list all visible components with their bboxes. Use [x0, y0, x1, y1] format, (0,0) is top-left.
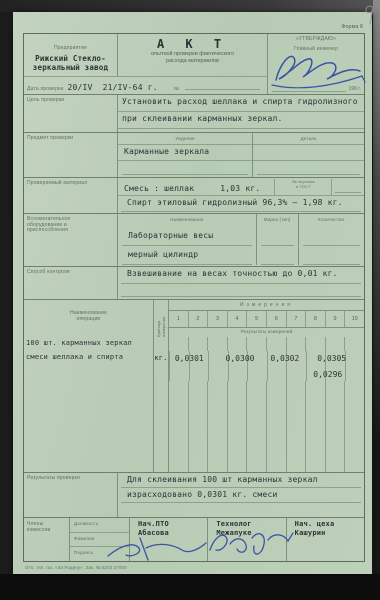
- subject-row: Предмет проверки Изделие Карманные зерка…: [24, 132, 364, 177]
- material-label: Проверяемый материал: [27, 181, 115, 187]
- commission-member-3: Нач. цеха Кашурин: [287, 518, 364, 561]
- approve-date-blank: [272, 86, 346, 92]
- enterprise-name-line2: зеркальный завод: [24, 63, 117, 72]
- document-paper: Форма 8 Предприятие Рижский Стекло- зерк…: [13, 12, 372, 574]
- control-label-cell: Способ контроля: [24, 267, 118, 299]
- date-value-2: 21/IV-64 г.: [103, 83, 158, 92]
- grid-cell: [207, 446, 227, 459]
- grid-cell: [305, 407, 325, 420]
- grid-cell: [266, 433, 286, 446]
- commission-label-line2: комиссии: [27, 528, 67, 534]
- grid-cell: [325, 381, 345, 394]
- grid-cell: [325, 459, 345, 472]
- approve-date-line: 196 г.: [272, 86, 361, 92]
- operation-blank: [24, 407, 154, 420]
- empty-measurement-row: [24, 459, 364, 472]
- results-content: Для склеивания 100 шт карманных зеркал и…: [118, 473, 364, 517]
- enterprise-cell: Предприятие Рижский Стекло- зеркальный з…: [24, 34, 118, 76]
- grid-cell: [305, 337, 325, 351]
- material-qty: 1,03 кг.: [194, 184, 260, 195]
- unit-header-label: Единица измерения: [156, 300, 166, 337]
- operation-blank: [24, 381, 154, 394]
- equipment-type-blank-2: [261, 246, 294, 265]
- equipment-qty-blank-2: [303, 246, 360, 265]
- grid-cell: [227, 394, 247, 407]
- row-label-signature: Подпись: [70, 547, 129, 561]
- grid-cell: [344, 337, 364, 351]
- operation-line2: смеси шеллака и спирта: [24, 351, 154, 367]
- grid-row: [169, 394, 364, 407]
- operation-blank: [24, 367, 154, 381]
- grid-cell: [246, 381, 266, 394]
- detal-blank-2: [257, 161, 360, 175]
- date-value-1: 20/IV: [67, 83, 92, 92]
- commission-member-2: Технолог Межапуке: [208, 518, 286, 561]
- equipment-data-row-2: мерный цилиндр: [118, 246, 364, 265]
- grid-cell: [344, 394, 364, 407]
- operation-header-line2: операции: [24, 316, 153, 322]
- form-number: Форма 8: [23, 24, 365, 33]
- operation-header-cell: Наименование операции: [24, 300, 154, 337]
- grid-row: [169, 381, 364, 394]
- grid-cell: [227, 446, 247, 459]
- grid-cell: [169, 381, 188, 394]
- grid-cell: [305, 459, 325, 472]
- grid-cell: [169, 433, 188, 446]
- value-5: 0,0296: [313, 370, 342, 379]
- operation-line1: 100 шт. карманных зеркал: [24, 337, 154, 351]
- measurement-data-row-3: 0,0296: [24, 367, 364, 381]
- grid-cell: [188, 459, 208, 472]
- grid-row: [169, 407, 364, 420]
- grid-cell: [344, 381, 364, 394]
- row-label-surname: Фамилия: [70, 533, 129, 548]
- scan-edge-right: [373, 0, 380, 600]
- date-label: Дата проверки: [27, 86, 63, 92]
- grid-cell: [344, 420, 364, 433]
- material-content: Смесь : шеллак 1,03 кг. № чертежа и ГОСТ…: [118, 178, 364, 213]
- value-4: 0,0305: [317, 354, 346, 363]
- measurements-title: Измерения: [169, 300, 364, 310]
- enterprise-name-line1: Рижский Стекло-: [24, 54, 117, 63]
- grid-cell: [286, 420, 306, 433]
- scan-edge-top: [0, 0, 380, 12]
- print-imprint-line: Отп. тип. газ. «За Родину». Зак. № 6203 …: [23, 562, 365, 570]
- empty-measurement-rows: [24, 381, 364, 472]
- member3-name: Кашурин: [295, 529, 364, 538]
- grid-cell: [305, 381, 325, 394]
- detal-blank-1: [253, 145, 364, 161]
- empty-measurement-row: [24, 394, 364, 407]
- grid-cell: [227, 420, 247, 433]
- grid-cell: [188, 394, 208, 407]
- equipment-data-row-1: Лабораторные весы: [118, 227, 364, 246]
- subject-content: Изделие Карманные зеркала Деталь: [118, 133, 364, 177]
- col-num-2: 2: [188, 311, 208, 327]
- material-row: Проверяемый материал Смесь : шеллак 1,03…: [24, 177, 364, 213]
- gost-label-box: № чертежа и ГОСТ: [274, 179, 332, 195]
- unit-blank: [154, 407, 169, 420]
- col-num-7: 7: [286, 311, 306, 327]
- col-num-1: 1: [169, 311, 188, 327]
- grid-cell: [266, 407, 286, 420]
- grid-cell: [325, 394, 345, 407]
- scan-edge-bottom: [0, 574, 380, 600]
- grid-row-1: [169, 337, 364, 351]
- equipment-label-line3: приспособления: [27, 228, 115, 234]
- grid-cell: [169, 420, 188, 433]
- member1-name: Абасова: [138, 529, 207, 538]
- grid-cell: [266, 446, 286, 459]
- purpose-line2: при склеивании карманных зеркал.: [118, 112, 364, 129]
- unit-blank: [154, 433, 169, 446]
- grid-row: [169, 459, 364, 472]
- unit-header-cell: Единица измерения: [154, 300, 169, 337]
- document-title: А К Т: [118, 37, 267, 51]
- grid-cell: [169, 407, 188, 420]
- grid-cell: [305, 420, 325, 433]
- unit-blank: [154, 446, 169, 459]
- grid-cell: [169, 337, 188, 351]
- commission-row: Члены комиссии Должность Фамилия Подпись…: [24, 517, 364, 561]
- grid-cell: [286, 459, 306, 472]
- grid-cell: [266, 394, 286, 407]
- results-line1: Для склеивания 100 шт карманных зеркал: [121, 473, 361, 488]
- grid-cell: [286, 433, 306, 446]
- measurement-values-row-2: 0,0296: [169, 367, 364, 381]
- grid-cell: [207, 407, 227, 420]
- material-name: Смесь : шеллак: [118, 184, 194, 195]
- grid-cell: [286, 394, 306, 407]
- equipment-item-1: Лабораторные весы: [122, 227, 252, 246]
- commission-member-1: Нач.ПТО Абасова: [130, 518, 208, 561]
- grid-cell: [227, 433, 247, 446]
- col-num-4: 4: [227, 311, 247, 327]
- control-label: Способ контроля: [27, 270, 115, 276]
- grid-row: [169, 420, 364, 433]
- grid-row: [169, 433, 364, 446]
- measurements-header-cell: Измерения 1 2 3 4 5 6 7 8 9 10 Результат…: [169, 300, 364, 337]
- purpose-label-cell: Цель проверки: [24, 95, 118, 132]
- operation-blank: [24, 433, 154, 446]
- member2-name: Межапуке: [216, 529, 285, 538]
- material-label-cell: Проверяемый материал: [24, 178, 118, 213]
- grid-cell: [188, 433, 208, 446]
- grid-cell: [325, 337, 345, 351]
- grid-cell: [207, 420, 227, 433]
- pencil-mark-9: [362, 2, 378, 28]
- purpose-row: Цель проверки Установить расход шеллака …: [24, 94, 364, 132]
- izdelie-header: Изделие: [118, 133, 252, 145]
- results-row: Результаты проверки Для склеивания 100 ш…: [24, 472, 364, 517]
- grid-cell: [188, 337, 208, 351]
- grid-cell: [246, 420, 266, 433]
- number-label: №: [174, 86, 180, 92]
- grid-cell: [325, 433, 345, 446]
- equipment-header-row: Наименование Марка (тип) Количество: [118, 214, 364, 227]
- equipment-row: Вспомогательное оборудование и приспособ…: [24, 213, 364, 266]
- equipment-item-2: мерный цилиндр: [122, 246, 252, 265]
- grid-cell: [246, 337, 266, 351]
- unit-blank: [154, 394, 169, 407]
- subject-label-cell: Предмет проверки: [24, 133, 118, 177]
- material-line1: Смесь : шеллак 1,03 кг. № чертежа и ГОСТ: [118, 178, 364, 196]
- value-3: 0,0302: [270, 354, 299, 363]
- grid-cell: [344, 407, 364, 420]
- col-num-9: 9: [325, 311, 345, 327]
- commission-label-cell: Члены комиссии: [24, 518, 70, 561]
- approve-year: 196 г.: [349, 86, 361, 92]
- approve-box: «УТВЕРЖДАЮ» Главный инженер 196 г.: [268, 34, 364, 94]
- measurement-data-row-2: смеси шеллака и спирта кг. 0,0301 0,0300…: [24, 351, 364, 367]
- purpose-label: Цель проверки: [27, 98, 115, 104]
- grid-cell: [325, 420, 345, 433]
- izdelie-value: Карманные зеркала: [118, 145, 252, 161]
- grid-row-3: 0,0296: [169, 367, 364, 381]
- value-1: 0,0301: [175, 354, 204, 363]
- grid-row-2: 0,0301 0,0300 0,0302 0,0305: [169, 351, 364, 367]
- date-row: Дата проверки 20/IV 21/IV-64 г. №: [24, 76, 268, 94]
- grid-cell: [266, 459, 286, 472]
- control-value: Взвешивание на весах точностью до 0,01 к…: [121, 267, 361, 284]
- grid-cell: [207, 394, 227, 407]
- unit-blank-3: [154, 367, 169, 381]
- grid-cell: [246, 446, 266, 459]
- grid-cell: [207, 459, 227, 472]
- empty-measurement-row: [24, 446, 364, 459]
- operation-blank: [24, 459, 154, 472]
- izdelie-blank-line: [122, 161, 248, 175]
- unit-blank-1: [154, 337, 169, 351]
- title-cell: А К Т опытной проверки фактического расх…: [118, 34, 268, 76]
- member1-position: Нач.ПТО: [138, 520, 207, 529]
- grid-cell: [246, 433, 266, 446]
- empty-measurement-row: [24, 433, 364, 446]
- equipment-label-cell: Вспомогательное оборудование и приспособ…: [24, 214, 118, 266]
- grid-cell: [286, 407, 306, 420]
- operation-blank: [24, 394, 154, 407]
- header-row: Предприятие Рижский Стекло- зеркальный з…: [24, 34, 364, 94]
- results-label-cell: Результаты проверки: [24, 473, 118, 517]
- grid-cell: [227, 337, 247, 351]
- col-num-3: 3: [207, 311, 227, 327]
- measurement-table-header: Наименование операции Единица измерения …: [24, 299, 364, 337]
- col-num-5: 5: [246, 311, 266, 327]
- grid-cell: [266, 381, 286, 394]
- grid-cell: [325, 446, 345, 459]
- grid-cell: [246, 394, 266, 407]
- measurement-data-row-1: 100 шт. карманных зеркал: [24, 337, 364, 351]
- operation-blank: [24, 420, 154, 433]
- gost-label-line2: и ГОСТ: [275, 185, 331, 190]
- member3-position: Нач. цеха: [295, 520, 364, 529]
- control-row: Способ контроля Взвешивание на весах точ…: [24, 266, 364, 299]
- number-blank-line: [185, 82, 260, 90]
- grid-cell: [207, 381, 227, 394]
- grid-cell: [227, 381, 247, 394]
- member2-position: Технолог: [216, 520, 285, 529]
- control-blank-line: [121, 284, 361, 297]
- col-num-6: 6: [266, 311, 286, 327]
- col-num-8: 8: [305, 311, 325, 327]
- header-left-center: Предприятие Рижский Стекло- зеркальный з…: [24, 34, 268, 94]
- form-table: Предприятие Рижский Стекло- зеркальный з…: [23, 33, 365, 562]
- unit-value: кг.: [154, 351, 169, 367]
- equipment-qty-blank-1: [303, 227, 360, 246]
- empty-measurement-row: [24, 420, 364, 433]
- grid-cell: [286, 337, 306, 351]
- grid-cell: [227, 407, 247, 420]
- operation-blank: [24, 446, 154, 459]
- grid-cell: [246, 407, 266, 420]
- document-subtitle-line2: расхода материалов: [118, 58, 267, 65]
- grid-cell: [286, 381, 306, 394]
- grid-cell: [207, 337, 227, 351]
- grid-cell: [169, 446, 188, 459]
- form-akt: Форма 8 Предприятие Рижский Стекло- зерк…: [23, 24, 365, 570]
- enterprise-label: Предприятие: [54, 45, 87, 51]
- grid-cell: [227, 459, 247, 472]
- grid-cell: [266, 420, 286, 433]
- equipment-col-type-header: Марка (тип): [256, 214, 298, 227]
- results-line2: израсходовано 0,0301 кг. смеси: [121, 488, 361, 503]
- grid-cell: [305, 433, 325, 446]
- subject-col-izdelie: Изделие Карманные зеркала: [118, 133, 253, 177]
- grid-cell: [286, 446, 306, 459]
- purpose-line1: Установить расход шеллака и спирта гидро…: [118, 95, 364, 112]
- subject-label: Предмет проверки: [27, 136, 115, 142]
- results-label: Результаты проверки: [27, 476, 115, 482]
- measurements-subheader: Результаты измерений: [169, 328, 364, 337]
- grid-cell: [169, 459, 188, 472]
- material-blank-tail: [335, 183, 361, 193]
- grid-cell: [207, 433, 227, 446]
- equipment-col-name-header: Наименование: [118, 214, 256, 227]
- unit-blank: [154, 381, 169, 394]
- approve-label: «УТВЕРЖДАЮ»: [268, 36, 364, 42]
- approver-title: Главный инженер: [268, 46, 364, 52]
- grid-cell: [169, 394, 188, 407]
- empty-measurement-row: [24, 407, 364, 420]
- grid-cell: [246, 459, 266, 472]
- detal-header: Деталь: [253, 133, 364, 145]
- header-boxes: Предприятие Рижский Стекло- зеркальный з…: [24, 34, 268, 76]
- material-line2: Спирт этиловый гидролизный 96,3% — 1,98 …: [121, 196, 361, 212]
- equipment-type-blank-1: [261, 227, 294, 246]
- unit-blank: [154, 459, 169, 472]
- equipment-col-qty-header: Количество: [298, 214, 364, 227]
- grid-cell: [325, 407, 345, 420]
- grid-cell: [344, 459, 364, 472]
- value-2: 0,0300: [226, 354, 255, 363]
- grid-cell: [344, 446, 364, 459]
- control-content: Взвешивание на весах точностью до 0,01 к…: [118, 267, 364, 299]
- commission-sublabels: Должность Фамилия Подпись: [70, 518, 130, 561]
- col-num-10: 10: [344, 311, 364, 327]
- equipment-content: Наименование Марка (тип) Количество Лабо…: [118, 214, 364, 266]
- grid-row: [169, 446, 364, 459]
- grid-cell: [266, 337, 286, 351]
- grid-cell: [188, 381, 208, 394]
- purpose-content: Установить расход шеллака и спирта гидро…: [118, 95, 364, 132]
- row-label-position: Должность: [70, 518, 129, 533]
- unit-blank: [154, 420, 169, 433]
- grid-cell: [188, 420, 208, 433]
- chief-engineer-signature: [268, 48, 366, 90]
- grid-cell: [344, 433, 364, 446]
- measurement-values-row: 0,0301 0,0300 0,0302 0,0305: [169, 351, 364, 367]
- measurement-column-numbers: 1 2 3 4 5 6 7 8 9 10: [169, 310, 364, 328]
- grid-cell: [188, 407, 208, 420]
- subject-col-detal: Деталь: [253, 133, 364, 177]
- grid-cell: [305, 394, 325, 407]
- empty-measurement-row: [24, 381, 364, 394]
- grid-cell: [188, 446, 208, 459]
- grid-cell: [305, 446, 325, 459]
